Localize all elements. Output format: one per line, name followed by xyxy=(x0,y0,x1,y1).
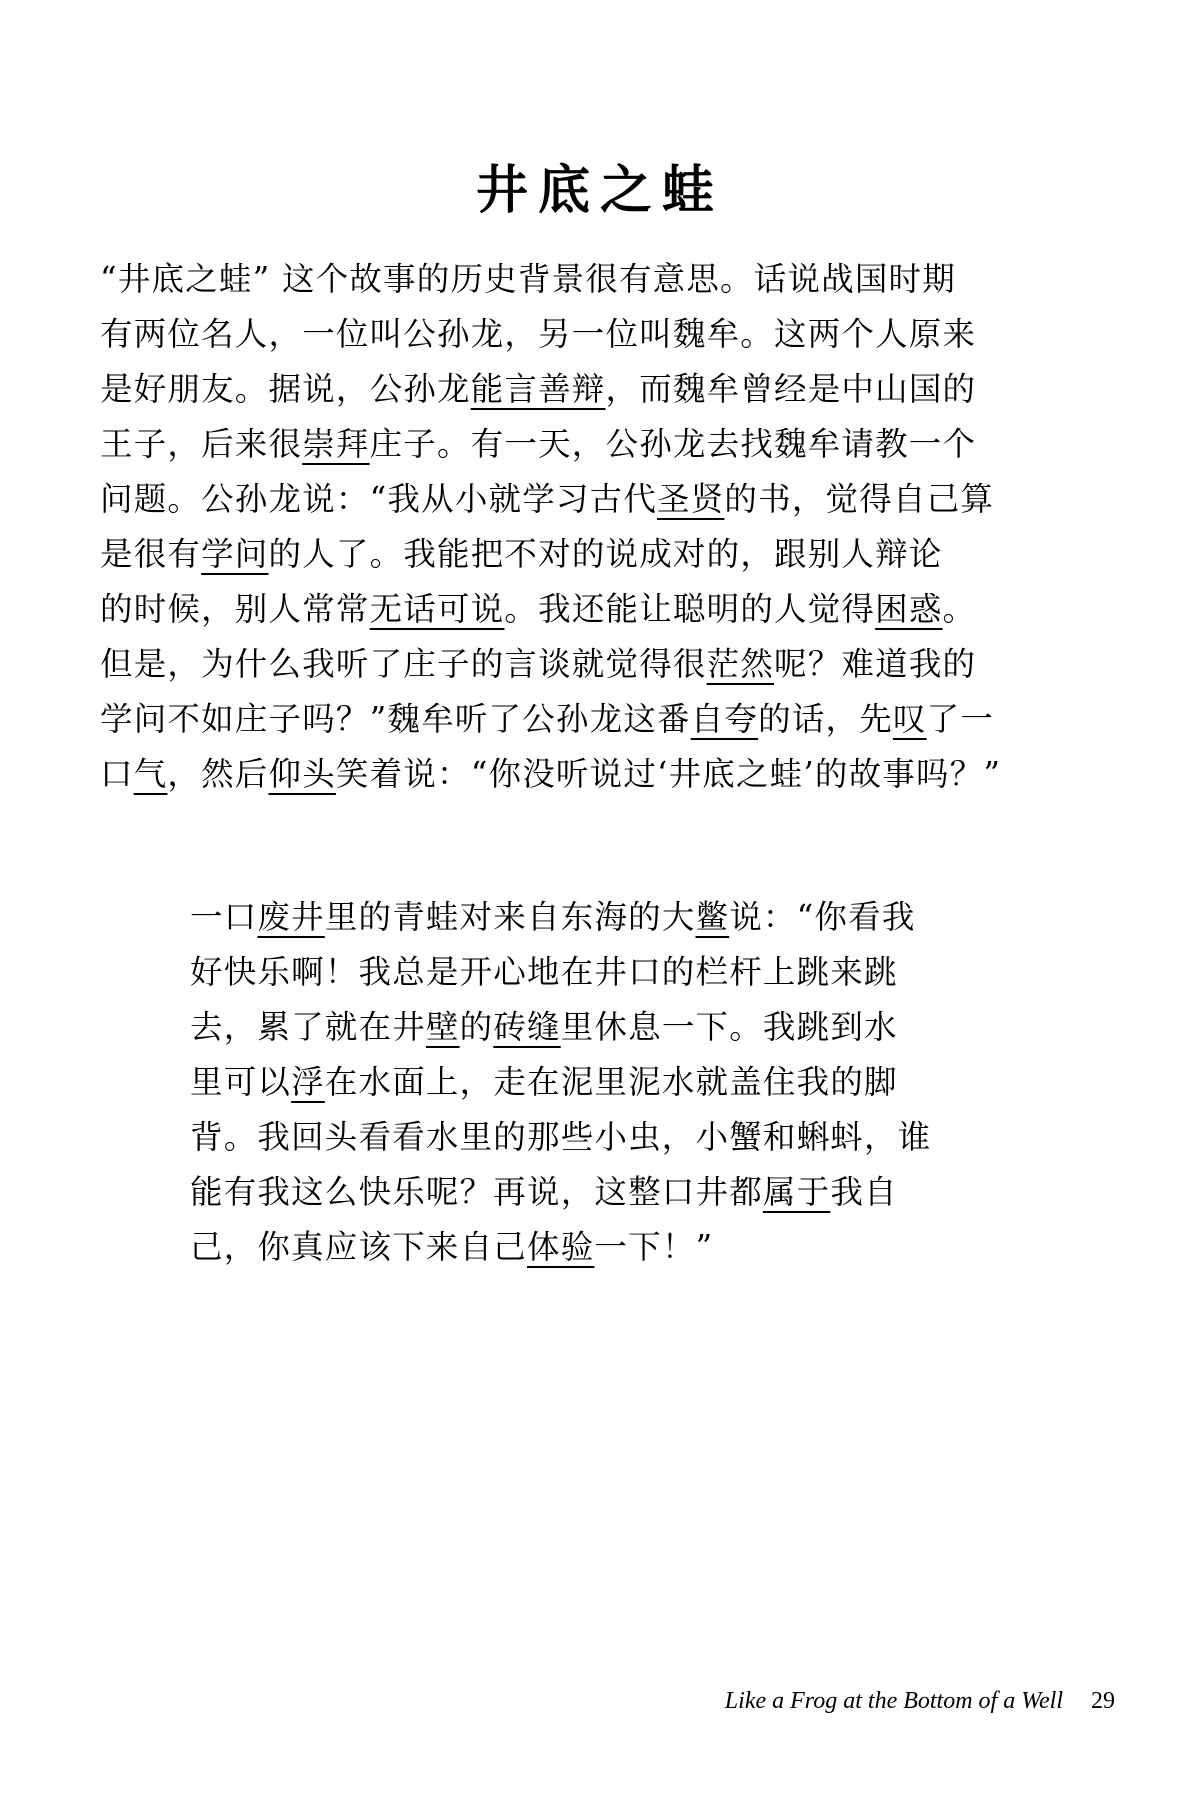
text-segment: 了一 xyxy=(927,700,994,738)
text-segment: 庄子。有一天，公孙龙去找魏牟请教一个 xyxy=(370,425,977,463)
text-segment: 王子，后来很 xyxy=(100,425,302,463)
text-segment: 问题。公孙龙说：“我从小就学习古代 xyxy=(100,480,657,518)
vocab-word: 茫然 xyxy=(707,645,774,683)
text-segment: 背。我回头看看水里的那些小虫，小蟹和蝌蚪，谁 xyxy=(190,1118,931,1156)
text-line: 问题。公孙龙说：“我从小就学习古代圣贤的书，觉得自己算 xyxy=(100,472,980,527)
text-segment: 是好朋友。据说，公孙龙 xyxy=(100,370,471,408)
text-line: 王子，后来很崇拜庄子。有一天，公孙龙去找魏牟请教一个 xyxy=(100,417,980,472)
vocab-word: 壁 xyxy=(426,1008,460,1046)
quote-paragraph: 一口废井里的青蛙对来自东海的大鳖说：“你看我好快乐啊！我总是开心地在井口的栏杆上… xyxy=(190,890,980,1275)
text-segment: “井底之蛙” 这个故事的历史背景很有意思。话说战国时期 xyxy=(100,260,956,298)
text-segment: 的人了。我能把不对的说成对的，跟别人辩论 xyxy=(269,535,943,573)
text-line: 学问不如庄子吗？”魏牟听了公孙龙这番自夸的话，先叹了一 xyxy=(100,692,980,747)
page-title: 井底之蛙 xyxy=(0,148,1200,223)
text-segment: 的书，觉得自己算 xyxy=(724,480,994,518)
text-segment: 是很有 xyxy=(100,535,201,573)
text-segment: 呢？难道我的 xyxy=(774,645,976,683)
text-segment: 口 xyxy=(100,755,134,793)
page-number: 29 xyxy=(1091,1688,1115,1714)
text-line: 是好朋友。据说，公孙龙能言善辩，而魏牟曾经是中山国的 xyxy=(100,362,980,417)
vocab-word: 属于 xyxy=(763,1173,830,1211)
running-title: Like a Frog at the Bottom of a Well xyxy=(725,1688,1063,1714)
text-line: 一口废井里的青蛙对来自东海的大鳖说：“你看我 xyxy=(190,890,980,945)
text-segment: 一下！” xyxy=(594,1228,713,1266)
text-line: 能有我这么快乐呢？再说，这整口井都属于我自 xyxy=(190,1165,980,1220)
text-segment: 里休息一下。我跳到水 xyxy=(561,1008,898,1046)
vocab-word: 气 xyxy=(134,755,168,793)
text-line: 的时候，别人常常无话可说。我还能让聪明的人觉得困惑。 xyxy=(100,582,980,637)
text-line: “井底之蛙” 这个故事的历史背景很有意思。话说战国时期 xyxy=(100,252,980,307)
text-segment: ，然后 xyxy=(167,755,268,793)
text-segment: 的话，先 xyxy=(758,700,893,738)
text-segment: 里可以 xyxy=(190,1063,291,1101)
text-segment: 能有我这么快乐呢？再说，这整口井都 xyxy=(190,1173,763,1211)
text-line: 但是，为什么我听了庄子的言谈就觉得很茫然呢？难道我的 xyxy=(100,637,980,692)
vocab-word: 叹 xyxy=(893,700,927,738)
text-segment: 有两位名人，一位叫公孙龙，另一位叫魏牟。这两个人原来 xyxy=(100,315,976,353)
text-segment: 里的青蛙对来自东海的大 xyxy=(325,898,696,936)
text-line: 里可以浮在水面上，走在泥里泥水就盖住我的脚 xyxy=(190,1055,980,1110)
vocab-word: 鳖 xyxy=(696,898,730,936)
main-paragraph: “井底之蛙” 这个故事的历史背景很有意思。话说战国时期有两位名人，一位叫公孙龙，… xyxy=(100,252,980,802)
text-segment: 一口 xyxy=(190,898,257,936)
vocab-word: 能言善辩 xyxy=(471,370,606,408)
text-line: 好快乐啊！我总是开心地在井口的栏杆上跳来跳 xyxy=(190,945,980,1000)
vocab-word: 无话可说 xyxy=(370,590,505,628)
vocab-word: 学问 xyxy=(201,535,268,573)
vocab-word: 浮 xyxy=(291,1063,325,1101)
vocab-word: 砖缝 xyxy=(493,1008,560,1046)
text-segment: 说：“你看我 xyxy=(729,898,915,936)
text-segment: 笑着说：“你没听说过‘井底之蛙’的故事吗？” xyxy=(336,755,1001,793)
vocab-word: 仰头 xyxy=(269,755,336,793)
text-segment: 。我还能让聪明的人觉得 xyxy=(504,590,875,628)
text-segment: 的时候，别人常常 xyxy=(100,590,370,628)
page-footer: Like a Frog at the Bottom of a Well 29 xyxy=(725,1688,1115,1715)
text-line: 己，你真应该下来自己体验一下！” xyxy=(190,1220,980,1275)
vocab-word: 崇拜 xyxy=(302,425,369,463)
text-segment: 己，你真应该下来自己 xyxy=(190,1228,527,1266)
text-segment: 学问不如庄子吗？”魏牟听了公孙龙这番 xyxy=(100,700,691,738)
vocab-word: 圣贤 xyxy=(657,480,724,518)
text-segment: 我自 xyxy=(830,1173,897,1211)
vocab-word: 困惑 xyxy=(875,590,942,628)
text-line: 口气，然后仰头笑着说：“你没听说过‘井底之蛙’的故事吗？” xyxy=(100,747,980,802)
vocab-word: 体验 xyxy=(527,1228,594,1266)
text-segment: 但是，为什么我听了庄子的言谈就觉得很 xyxy=(100,645,707,683)
text-line: 有两位名人，一位叫公孙龙，另一位叫魏牟。这两个人原来 xyxy=(100,307,980,362)
text-line: 是很有学问的人了。我能把不对的说成对的，跟别人辩论 xyxy=(100,527,980,582)
text-segment: 好快乐啊！我总是开心地在井口的栏杆上跳来跳 xyxy=(190,953,898,991)
vocab-word: 废井 xyxy=(257,898,324,936)
text-segment: 。 xyxy=(943,590,977,628)
text-segment: ，而魏牟曾经是中山国的 xyxy=(606,370,977,408)
text-segment: 的 xyxy=(460,1008,494,1046)
vocab-word: 自夸 xyxy=(691,700,758,738)
text-line: 背。我回头看看水里的那些小虫，小蟹和蝌蚪，谁 xyxy=(190,1110,980,1165)
text-segment: 在水面上，走在泥里泥水就盖住我的脚 xyxy=(325,1063,898,1101)
text-line: 去，累了就在井壁的砖缝里休息一下。我跳到水 xyxy=(190,1000,980,1055)
text-segment: 去，累了就在井 xyxy=(190,1008,426,1046)
book-page: 井底之蛙 “井底之蛙” 这个故事的历史背景很有意思。话说战国时期有两位名人，一位… xyxy=(0,0,1200,1800)
